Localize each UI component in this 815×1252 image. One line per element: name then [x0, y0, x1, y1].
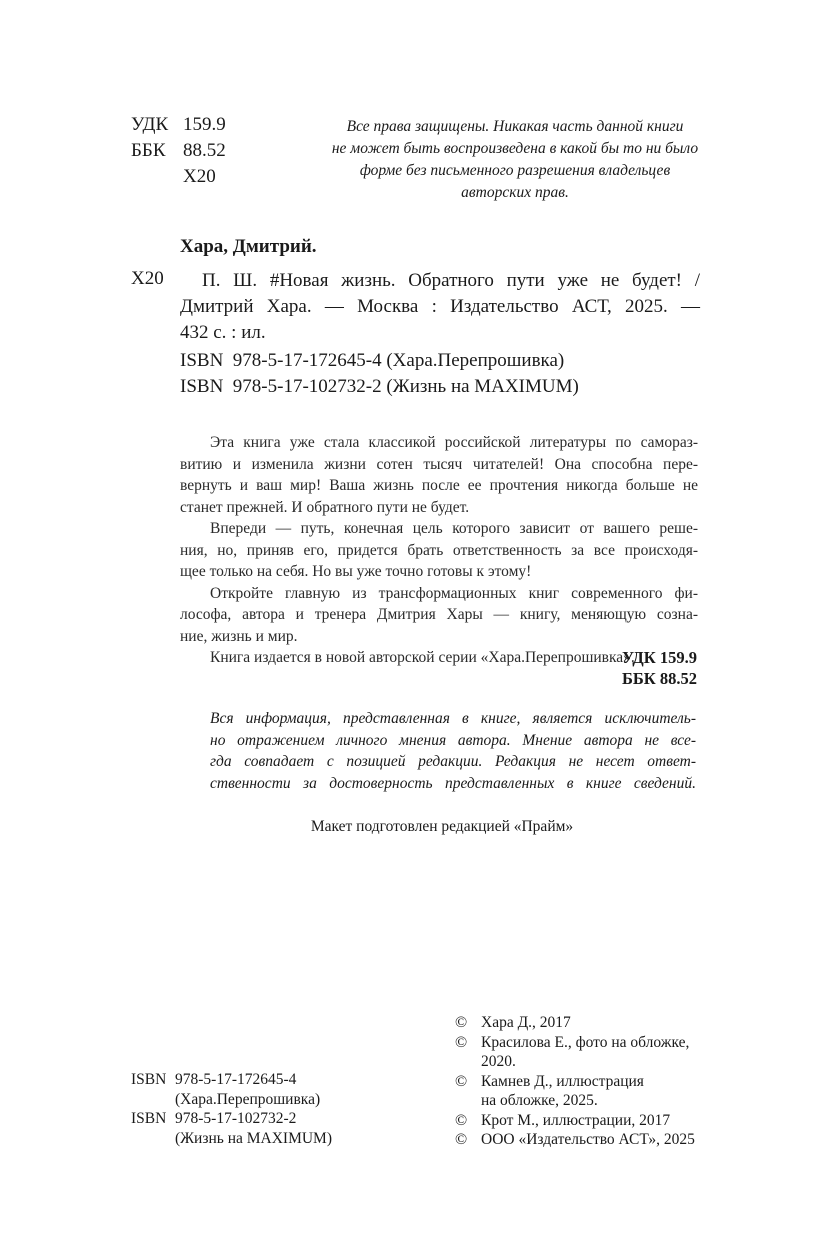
disclaimer: Вся информация, представленная в книге, … [210, 708, 696, 794]
copyright-text: ООО «Издательство АСТ», 2025 [481, 1130, 695, 1150]
isbn-line: ISBN 978-5-17-102732-2 (Жизнь на MAXIMUM… [180, 374, 579, 400]
rights-notice: Все права защищены. Никакая часть данной… [300, 116, 730, 204]
disclaimer-line: но отражением личного мнения автора. Мне… [210, 730, 696, 752]
disclaimer-line: гда совпадает с позицией редакции. Редак… [210, 751, 696, 773]
biblio-code: Х20 [131, 268, 164, 290]
copyright-continuation: на обложке, 2025. [455, 1091, 695, 1111]
annotation-paragraph: Книга издается в новой авторской серии «… [180, 647, 698, 669]
annotation-paragraph: Эта книга уже стала классикой российской… [180, 432, 698, 518]
udk-bbk-bold: УДК 159.9 ББК 88.52 [622, 647, 697, 689]
isbn-number: 978-5-17-102732-2 [175, 1109, 296, 1129]
copyright-text: Хара Д., 2017 [481, 1013, 571, 1033]
annotation-paragraph: Откройте главную из трансформационных кн… [180, 583, 698, 648]
copyright-entry: © Красилова Е., фото на обложке, [455, 1033, 695, 1053]
classification-codes: УДК 159.9 ББК 88.52 Х20 [131, 112, 226, 190]
copyright-icon: © [455, 1013, 481, 1033]
copyright-icon: © [455, 1130, 481, 1150]
isbn-series-row: (Хара.Перепрошивка) [131, 1090, 332, 1110]
annotation-line: витию и изменила жизни сотен тысяч читат… [180, 454, 698, 476]
author-mark-row: Х20 [131, 164, 226, 190]
udk-label: УДК [131, 112, 183, 138]
udk-value: 159.9 [183, 112, 226, 138]
copyright-text: Красилова Е., фото на обложке, [481, 1033, 689, 1053]
annotation-line: лософа, автора и тренера Дмитрия Хары — … [180, 604, 698, 626]
bibliographic-record: П. Ш. #Новая жизнь. Обратного пути уже н… [180, 268, 700, 346]
copyright-icon: © [455, 1072, 481, 1092]
disclaimer-line: ственности за достоверность представленн… [210, 773, 696, 795]
copyright-list: © Хара Д., 2017 © Красилова Е., фото на … [455, 1013, 695, 1150]
annotation-line: вернуть и ваш мир! Ваша жизнь после ее п… [180, 475, 698, 497]
copyright-entry: © Камнев Д., иллюстрация [455, 1072, 695, 1092]
annotation-line: ние, жизнь и мир. [180, 626, 698, 648]
copyright-text: на обложке, 2025. [481, 1091, 598, 1111]
author-heading: Хара, Дмитрий. [180, 236, 317, 258]
copyright-text: Камнев Д., иллюстрация [481, 1072, 644, 1092]
rights-line: Все права защищены. Никакая часть данной… [300, 116, 730, 138]
annotation-line: Книга издается в новой авторской серии «… [180, 647, 698, 669]
isbn-list-bottom: ISBN 978-5-17-172645-4 (Хара.Перепрошивк… [131, 1070, 332, 1148]
annotation-paragraph: Впереди — путь, конечная цель которого з… [180, 518, 698, 583]
biblio-line: 432 с. : ил. [180, 320, 700, 346]
isbn-label: ISBN [131, 1109, 175, 1129]
rights-line: форме без письменного разрешения владель… [300, 160, 730, 182]
isbn-series-row: (Жизнь на MAXIMUM) [131, 1129, 332, 1149]
annotation: Эта книга уже стала классикой российской… [180, 432, 698, 669]
isbn-label: ISBN [131, 1070, 175, 1090]
isbn-line: ISBN 978-5-17-172645-4 (Хара.Перепрошивк… [180, 348, 579, 374]
biblio-line: П. Ш. #Новая жизнь. Обратного пути уже н… [180, 268, 700, 294]
copyright-entry: © Хара Д., 2017 [455, 1013, 695, 1033]
isbn-entry: ISBN 978-5-17-102732-2 [131, 1109, 332, 1129]
copyright-icon: © [455, 1111, 481, 1131]
author-mark: Х20 [183, 164, 216, 190]
biblio-line: Дмитрий Хара. — Москва : Издательство АС… [180, 294, 700, 320]
copyright-text: 2020. [481, 1052, 516, 1072]
bbk-row: ББК 88.52 [131, 138, 226, 164]
disclaimer-line: Вся информация, представленная в книге, … [210, 708, 696, 730]
copyright-icon: © [455, 1033, 481, 1053]
isbn-list-top: ISBN 978-5-17-172645-4 (Хара.Перепрошивк… [180, 348, 579, 400]
udk-bold-line: УДК 159.9 [622, 647, 697, 668]
annotation-line: Впереди — путь, конечная цель которого з… [180, 518, 698, 540]
isbn-entry: ISBN 978-5-17-172645-4 [131, 1070, 332, 1090]
bbk-value: 88.52 [183, 138, 226, 164]
copyright-continuation: 2020. [455, 1052, 695, 1072]
copyright-entry: © ООО «Издательство АСТ», 2025 [455, 1130, 695, 1150]
annotation-line: Эта книга уже стала классикой российской… [180, 432, 698, 454]
bbk-bold-line: ББК 88.52 [622, 668, 697, 689]
isbn-number: 978-5-17-172645-4 [175, 1070, 296, 1090]
rights-line: авторских прав. [300, 182, 730, 204]
isbn-series: (Хара.Перепрошивка) [175, 1090, 320, 1110]
annotation-line: станет прежней. И обратного пути не буде… [180, 497, 698, 519]
rights-line: не может быть воспроизведена в какой бы … [300, 138, 730, 160]
annotation-line: щее только на себя. Но вы уже точно гото… [180, 561, 698, 583]
annotation-line: ния, но, приняв его, придется брать отве… [180, 540, 698, 562]
bbk-label: ББК [131, 138, 183, 164]
isbn-series: (Жизнь на MAXIMUM) [175, 1129, 332, 1149]
annotation-line: Откройте главную из трансформационных кн… [180, 583, 698, 605]
copyright-entry: © Крот М., иллюстрации, 2017 [455, 1111, 695, 1131]
layout-note: Макет подготовлен редакцией «Прайм» [0, 818, 815, 836]
udk-row: УДК 159.9 [131, 112, 226, 138]
copyright-text: Крот М., иллюстрации, 2017 [481, 1111, 670, 1131]
